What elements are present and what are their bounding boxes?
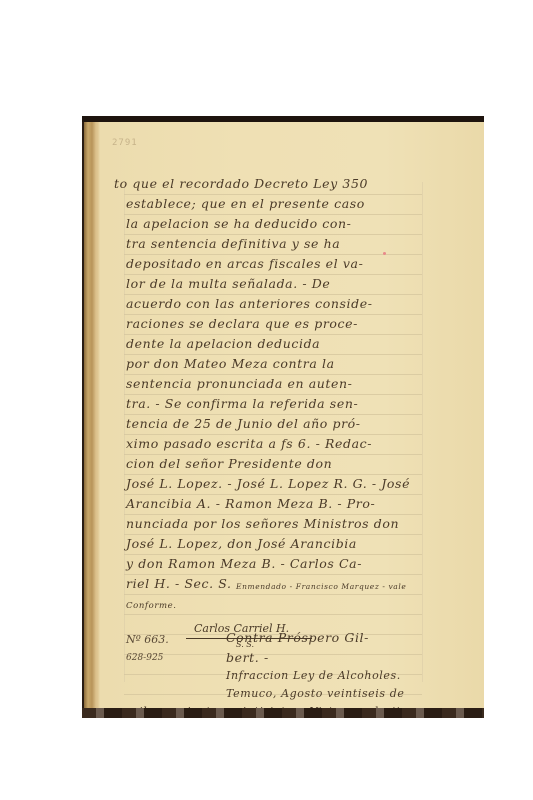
entry-line: bert. - xyxy=(226,652,269,665)
ruling-line xyxy=(124,434,422,435)
ruling-line xyxy=(124,654,422,655)
ledger-page: 2791 to que el recordado Decreto Ley 350 xyxy=(84,122,484,708)
ruling-line xyxy=(124,454,422,455)
ruling-line xyxy=(124,514,422,515)
text-line: cion del señor Presidente don xyxy=(126,458,332,471)
text-line: dente la apelacion deducida xyxy=(126,338,320,351)
ruling-line xyxy=(124,334,422,335)
ruling-line xyxy=(124,274,422,275)
text-line: ximo pasado escrita a fs 6. - Redac- xyxy=(126,438,372,451)
text-line: la apelacion se ha deducido con- xyxy=(126,218,352,231)
text-line: lor de la multa señalada. - De xyxy=(126,278,330,291)
ruling-line xyxy=(124,594,422,595)
page-gutter xyxy=(84,122,100,708)
text-line: y don Ramon Meza B. - Carlos Ca- xyxy=(126,558,362,571)
ruling-line xyxy=(124,414,422,415)
text-line: por don Mateo Meza contra la xyxy=(126,358,335,371)
red-speck xyxy=(383,252,386,255)
text-line: tra sentencia definitiva y se ha xyxy=(126,238,340,251)
ledger-book: 2791 to que el recordado Decreto Ley 350 xyxy=(82,116,484,718)
text-line: nunciada por los señores Ministros don xyxy=(126,518,399,531)
ruling-line xyxy=(124,534,422,535)
text-line: depositado en arcas fiscales el va- xyxy=(126,258,363,271)
ruling-line xyxy=(124,354,422,355)
left-margin-rule xyxy=(124,182,125,682)
text-line: tencia de 25 de Junio del año pró- xyxy=(126,418,361,431)
conforme-text: Conforme. xyxy=(126,602,177,611)
text-line: riel H. - Sec. S. xyxy=(126,578,232,591)
text-line: Arancibia A. - Ramon Meza B. - Pro- xyxy=(126,498,375,511)
ruling-line xyxy=(124,474,422,475)
ruling-line xyxy=(124,214,422,215)
text-line: establece; que en el presente caso xyxy=(126,198,365,211)
pencil-page-number: 2791 xyxy=(112,138,138,148)
ruling-line xyxy=(124,494,422,495)
entry-line: Infraccion Ley de Alcoholes. xyxy=(226,670,401,681)
ruling-line xyxy=(124,374,422,375)
text-line: to que el recordado Decreto Ley 350 xyxy=(114,178,368,191)
ruling-line xyxy=(124,314,422,315)
ruling-line xyxy=(124,554,422,555)
ruling-line xyxy=(124,254,422,255)
right-margin-rule xyxy=(422,182,423,682)
entry-line: Contra Próspero Gil- xyxy=(226,632,369,645)
ruling-line xyxy=(124,394,422,395)
text-line: José L. Lopez, don José Arancibia xyxy=(126,538,357,551)
text-line: sentencia pronunciada en auten- xyxy=(126,378,353,391)
entry-reference: 628-925 xyxy=(126,653,163,663)
inline-note: Enmendado - Francisco Marquez - vale xyxy=(236,583,406,591)
text-line: raciones se declara que es proce- xyxy=(126,318,358,331)
entry-line: Temuco, Agosto veintiseis de xyxy=(226,688,405,699)
ruling-line xyxy=(124,294,422,295)
entry-number: Nº 663. xyxy=(126,633,169,646)
ruling-line xyxy=(124,574,422,575)
text-line: tra. - Se confirma la referida sen- xyxy=(126,398,358,411)
text-line: acuerdo con las anteriores conside- xyxy=(126,298,373,311)
ruling-line xyxy=(124,614,422,615)
text-line: José L. Lopez. - José L. Lopez R. G. - J… xyxy=(126,478,410,491)
book-bottom-edge xyxy=(82,708,484,718)
ruling-line xyxy=(124,234,422,235)
ruling-line xyxy=(124,194,422,195)
